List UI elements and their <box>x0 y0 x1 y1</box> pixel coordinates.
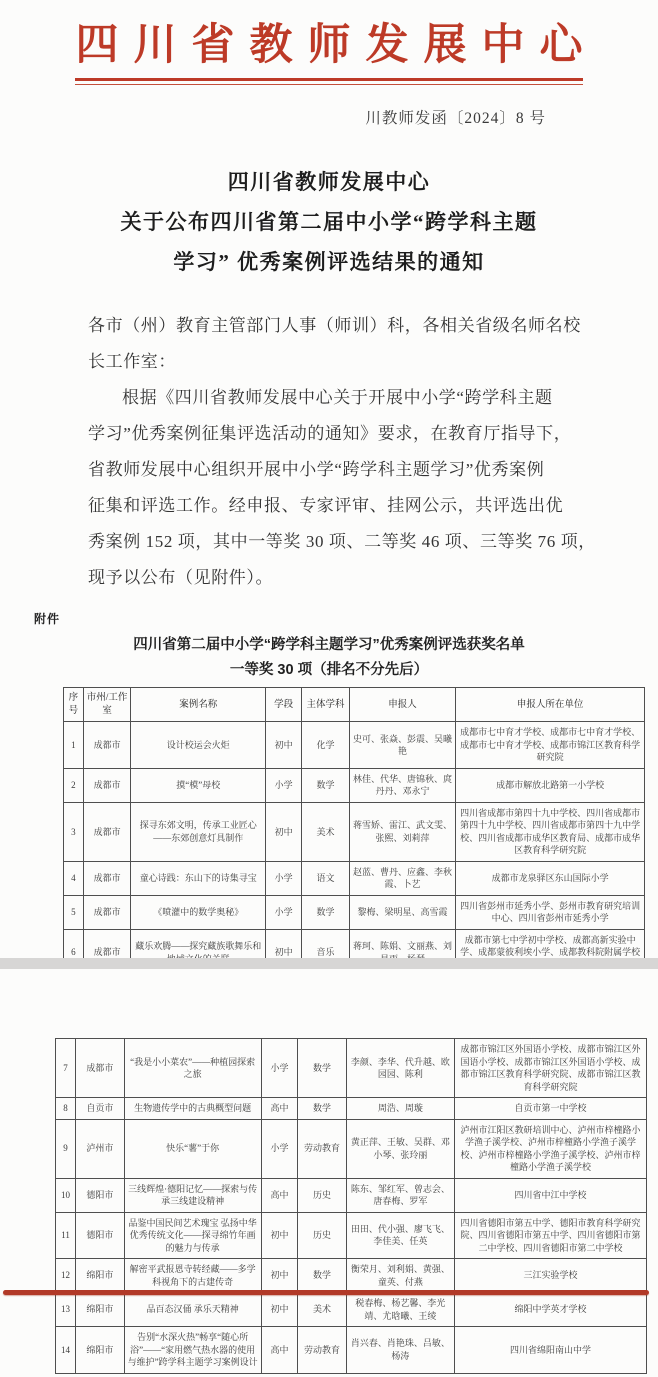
cell-region: 成都市 <box>83 929 131 958</box>
header-no: 序号 <box>64 688 84 722</box>
cell-case_name: 品百态汉俑 承乐天精神 <box>124 1293 261 1327</box>
cell-subject: 语文 <box>302 861 350 895</box>
cell-stage: 初中 <box>261 1293 298 1327</box>
cell-subject: 历史 <box>298 1212 346 1259</box>
cell-region: 泸州市 <box>76 1119 124 1178</box>
document-number: 川教师发函〔2024〕8 号 <box>0 106 658 128</box>
cell-unit: 四川省绵阳南山中学 <box>454 1327 646 1374</box>
body-line: 征集和评选工作。经申报、专家评审、挂网公示，共评选出优 <box>88 488 588 524</box>
table-row: 14绵阳市告别“水深火热”畅享“随心所浴”——“家用燃气热水器的使用与维护”跨学… <box>56 1327 647 1374</box>
attachment-label: 附件 <box>34 610 658 627</box>
cell-case_name: 探寻东郊文明，传承工业匠心——东郊创意灯具制作 <box>131 802 266 861</box>
cell-subject: 美术 <box>298 1293 346 1327</box>
table-row: 2成都市摸“模”母校小学数学林佳、代华、唐锦秋、庹丹丹、邓永宁成都市解放北路第一… <box>64 768 645 802</box>
table-row: 4成都市童心诗践：东山下的诗集寻宝小学语文赵蓝、曹丹、应鑫、李秋霞、卜艺成都市龙… <box>64 861 645 895</box>
notice-title-line1: 四川省教师发展中心 <box>0 162 658 202</box>
cell-stage: 初中 <box>261 1212 298 1259</box>
body-line: 学习”优秀案例征集评选活动的通知》要求，在教育厅指导下， <box>88 416 588 452</box>
cell-applicants: 蒋雪娇、雷江、武文雯、张熙、刘莉萍 <box>349 802 455 861</box>
table-row: 13绵阳市品百态汉俑 承乐天精神初中美术税春梅、杨艺馨、李光靖、尤晗曦、王绫绵阳… <box>56 1293 647 1327</box>
cell-case_name: 藏乐欢腾——探究藏族歌舞乐和地域文化的关联 <box>131 929 266 958</box>
cell-stage: 高中 <box>261 1327 298 1374</box>
table-row: 1成都市设计校运会火炬初中化学史可、张焱、彭震、吴曦艳成都市七中育才学校、成都市… <box>64 722 645 769</box>
cell-stage: 小学 <box>266 768 302 802</box>
page-4: 7成都市“我是小小菜农”——种植园探索之旅小学数学李颜、李华、代升越、欧园园、陈… <box>0 969 658 1377</box>
header-case-name: 案例名称 <box>131 688 266 722</box>
cell-no: 4 <box>64 861 84 895</box>
table-row: 11德阳市品鉴中国民间艺术瑰宝 弘扬中华优秀传统文化——探寻绵竹年画的魅力与传承… <box>56 1212 647 1259</box>
cell-subject: 数学 <box>302 768 350 802</box>
table-row: 8自贡市生物遗传学中的古典概型问题高中数学周浩、周璇自贡市第一中学校 <box>56 1098 647 1120</box>
cell-no: 3 <box>64 802 84 861</box>
cell-case_name: 解密平武报恩寺转经藏——多学科视角下的古建传奇 <box>124 1259 261 1293</box>
table-row: 3成都市探寻东郊文明，传承工业匠心——东郊创意灯具制作初中美术蒋雪娇、雷江、武文… <box>64 802 645 861</box>
highlight-underline <box>3 1290 649 1295</box>
awards-table-title: 四川省第二届中小学“跨学科主题学习”优秀案例评选获奖名单 <box>0 633 658 658</box>
cell-unit: 成都市锦江区外国语小学校、成都市锦江区外国语小学校、成都市锦江区外国语小学校、成… <box>454 1039 646 1098</box>
notice-body: 各市（州）教育主管部门人事（师训）科，各相关省级名师名校 长工作室： 根据《四川… <box>88 308 588 596</box>
page-3: 四川省教师发展中心 川教师发函〔2024〕8 号 四川省教师发展中心 关于公布四… <box>0 0 658 958</box>
cell-stage: 初中 <box>261 1259 298 1293</box>
cell-unit: 三江实验学校 <box>454 1259 646 1293</box>
cell-subject: 数学 <box>298 1098 346 1120</box>
table-row: 9泸州市快乐“薯”于你小学劳动教育黄正萍、王敏、吴群、邓小琴、张玲丽泸州市江阳区… <box>56 1119 647 1178</box>
cell-region: 绵阳市 <box>76 1259 124 1293</box>
table-row: 12绵阳市解密平武报恩寺转经藏——多学科视角下的古建传奇初中数学衡荣月、刘利娟、… <box>56 1259 647 1293</box>
cell-case_name: 童心诗践：东山下的诗集寻宝 <box>131 861 266 895</box>
cell-applicants: 税春梅、杨艺馨、李光靖、尤晗曦、王绫 <box>346 1293 454 1327</box>
cell-applicants: 黄正萍、王敏、吴群、邓小琴、张玲丽 <box>346 1119 454 1178</box>
cell-subject: 音乐 <box>302 929 350 958</box>
cell-region: 德阳市 <box>76 1178 124 1212</box>
cell-subject: 美术 <box>302 802 350 861</box>
cell-case_name: 生物遗传学中的古典概型问题 <box>124 1098 261 1120</box>
cell-case_name: 摸“模”母校 <box>131 768 266 802</box>
cell-stage: 小学 <box>266 895 302 929</box>
cell-stage: 小学 <box>261 1119 298 1178</box>
cell-subject: 劳动教育 <box>298 1327 346 1374</box>
cell-unit: 成都市龙泉驿区东山国际小学 <box>456 861 645 895</box>
cell-stage: 初中 <box>266 929 302 958</box>
cell-subject: 化学 <box>302 722 350 769</box>
table-row: 5成都市《喷灌中的数学奥秘》小学数学黎梅、梁明星、高雪霞四川省彭州市延秀小学、彭… <box>64 895 645 929</box>
header-subject: 主体学科 <box>302 688 350 722</box>
cell-unit: 泸州市江阳区教研培训中心、泸州市梓橦路小学渔子溪学校、泸州市梓橦路小学渔子溪学校… <box>454 1119 646 1178</box>
cell-unit: 自贡市第一中学校 <box>454 1098 646 1120</box>
awards-table-subtitle: 一等奖 30 项（排名不分先后） <box>0 658 658 682</box>
cell-region: 德阳市 <box>76 1212 124 1259</box>
cell-applicants: 周浩、周璇 <box>346 1098 454 1120</box>
cell-unit: 成都市七中育才学校、成都市七中育才学校、成都市七中育才学校、成都市锦江区教育科学… <box>456 722 645 769</box>
cell-stage: 初中 <box>266 722 302 769</box>
cell-subject: 数学 <box>298 1259 346 1293</box>
document-canvas: 四川省教师发展中心 川教师发函〔2024〕8 号 四川省教师发展中心 关于公布四… <box>0 0 658 1377</box>
cell-no: 12 <box>56 1259 76 1293</box>
cell-region: 成都市 <box>83 802 131 861</box>
cell-applicants: 林佳、代华、唐锦秋、庹丹丹、邓永宁 <box>349 768 455 802</box>
cell-region: 成都市 <box>83 861 131 895</box>
cell-stage: 小学 <box>261 1039 298 1098</box>
header-stage: 学段 <box>266 688 302 722</box>
cell-no: 9 <box>56 1119 76 1178</box>
cell-no: 5 <box>64 895 84 929</box>
cell-region: 成都市 <box>83 722 131 769</box>
notice-title-line2: 关于公布四川省第二届中小学“跨学科主题 <box>0 202 658 242</box>
table-row: 7成都市“我是小小菜农”——种植园探索之旅小学数学李颜、李华、代升越、欧园园、陈… <box>56 1039 647 1098</box>
cell-no: 6 <box>64 929 84 958</box>
cell-no: 2 <box>64 768 84 802</box>
cell-case_name: 《喷灌中的数学奥秘》 <box>131 895 266 929</box>
cell-region: 自贡市 <box>76 1098 124 1120</box>
cell-applicants: 赵蓝、曹丹、应鑫、李秋霞、卜艺 <box>349 861 455 895</box>
cell-unit: 四川省德阳市第五中学、德阳市教育科学研究院、四川省德阳市第五中学、四川省德阳市第… <box>454 1212 646 1259</box>
letterhead-title: 四川省教师发展中心 <box>0 0 658 69</box>
cell-no: 11 <box>56 1212 76 1259</box>
cell-no: 1 <box>64 722 84 769</box>
cell-region: 绵阳市 <box>76 1293 124 1327</box>
page-divider <box>0 958 658 969</box>
letterhead-double-rule <box>75 78 583 85</box>
cell-applicants: 陈东、邹红军、曾志会、唐春梅、罗军 <box>346 1178 454 1212</box>
cell-unit: 四川省中江中学校 <box>454 1178 646 1212</box>
table-header-row: 序号 市州/工作室 案例名称 学段 主体学科 申报人 申报人所在单位 <box>64 688 645 722</box>
cell-unit: 成都市第七中学初中学校、成都高新实验中学、成都蒙彼利埃小学、成都教科院附属学校（… <box>456 929 645 958</box>
notice-title: 四川省教师发展中心 关于公布四川省第二届中小学“跨学科主题 学习” 优秀案例评选… <box>0 162 658 282</box>
cell-subject: 劳动教育 <box>298 1119 346 1178</box>
cell-stage: 小学 <box>266 861 302 895</box>
cell-region: 成都市 <box>83 895 131 929</box>
header-unit: 申报人所在单位 <box>456 688 645 722</box>
cell-case_name: 快乐“薯”于你 <box>124 1119 261 1178</box>
cell-region: 绵阳市 <box>76 1327 124 1374</box>
cell-no: 10 <box>56 1178 76 1212</box>
cell-unit: 绵阳中学英才学校 <box>454 1293 646 1327</box>
cell-region: 成都市 <box>83 768 131 802</box>
awards-table-page4: 7成都市“我是小小菜农”——种植园探索之旅小学数学李颜、李华、代升越、欧园园、陈… <box>55 1038 647 1374</box>
cell-no: 8 <box>56 1098 76 1120</box>
table-row: 10德阳市三线辉煌·德阳记忆——探索与传承三线建设精神高中历史陈东、邹红军、曾志… <box>56 1178 647 1212</box>
cell-case_name: 告别“水深火热”畅享“随心所浴”——“家用燃气热水器的使用与维护”跨学科主题学习… <box>124 1327 261 1374</box>
body-line: 省教师发展中心组织开展中小学“跨学科主题学习”优秀案例 <box>88 452 588 488</box>
body-line: 秀案例 152 项，其中一等奖 30 项、二等奖 46 项、三等奖 76 项， <box>88 524 588 560</box>
cell-stage: 高中 <box>261 1178 298 1212</box>
cell-stage: 初中 <box>266 802 302 861</box>
cell-applicants: 田田、代小强、廖飞飞、李佳美、任英 <box>346 1212 454 1259</box>
salutation-line: 长工作室： <box>88 344 588 380</box>
salutation-line: 各市（州）教育主管部门人事（师训）科，各相关省级名师名校 <box>88 308 588 344</box>
cell-applicants: 衡荣月、刘利娟、黄强、童英、付燕 <box>346 1259 454 1293</box>
body-line: 根据《四川省教师发展中心关于开展中小学“跨学科主题 <box>88 380 588 416</box>
cell-stage: 高中 <box>261 1098 298 1120</box>
header-region: 市州/工作室 <box>83 688 131 722</box>
cell-applicants: 黎梅、梁明星、高雪霞 <box>349 895 455 929</box>
cell-case_name: 品鉴中国民间艺术瑰宝 弘扬中华优秀传统文化——探寻绵竹年画的魅力与传承 <box>124 1212 261 1259</box>
body-line: 现予以公布（见附件）。 <box>88 560 588 596</box>
header-applicants: 申报人 <box>349 688 455 722</box>
cell-case_name: 三线辉煌·德阳记忆——探索与传承三线建设精神 <box>124 1178 261 1212</box>
cell-no: 13 <box>56 1293 76 1327</box>
cell-unit: 成都市解放北路第一小学校 <box>456 768 645 802</box>
cell-case_name: 设计校运会火炬 <box>131 722 266 769</box>
cell-no: 7 <box>56 1039 76 1098</box>
cell-case_name: “我是小小菜农”——种植园探索之旅 <box>124 1039 261 1098</box>
cell-no: 14 <box>56 1327 76 1374</box>
table-row: 6成都市藏乐欢腾——探究藏族歌舞乐和地域文化的关联初中音乐蒋珂、陈娟、文丽燕、刘… <box>64 929 645 958</box>
cell-applicants: 蒋珂、陈娟、文丽燕、刘星雨、杨琴 <box>349 929 455 958</box>
cell-applicants: 史可、张焱、彭震、吴曦艳 <box>349 722 455 769</box>
cell-unit: 四川省彭州市延秀小学、彭州市教育研究培训中心、四川省彭州市延秀小学 <box>456 895 645 929</box>
awards-table-page3: 序号 市州/工作室 案例名称 学段 主体学科 申报人 申报人所在单位 1成都市设… <box>63 687 645 958</box>
cell-unit: 四川省成都市第四十九中学校、四川省成都市第四十九中学校、四川省成都市第四十九中学… <box>456 802 645 861</box>
cell-subject: 数学 <box>302 895 350 929</box>
notice-title-line3: 学习” 优秀案例评选结果的通知 <box>0 242 658 282</box>
cell-applicants: 李颜、李华、代升越、欧园园、陈利 <box>346 1039 454 1098</box>
cell-subject: 数学 <box>298 1039 346 1098</box>
cell-region: 成都市 <box>76 1039 124 1098</box>
cell-applicants: 肖兴春、肖艳珠、吕敏、杨涛 <box>346 1327 454 1374</box>
cell-subject: 历史 <box>298 1178 346 1212</box>
